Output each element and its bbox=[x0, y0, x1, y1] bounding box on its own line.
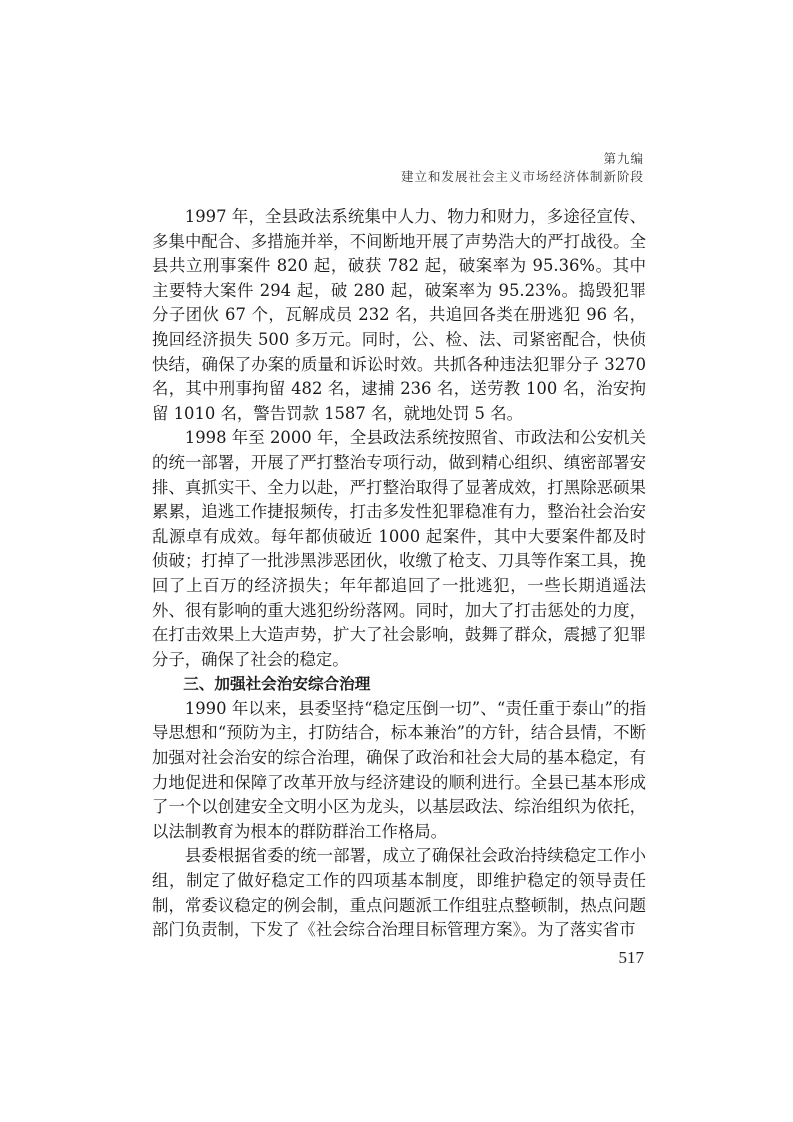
section-heading: 三、加强社会治安综合治理 bbox=[152, 672, 646, 697]
paragraph-stability-work-group: 县委根据省委的统一部署，成立了确保社会政治持续稳定工作小组，制定了做好稳定工作的… bbox=[152, 844, 646, 942]
running-head-part: 第九编 bbox=[401, 150, 644, 168]
running-head-title: 建立和发展社会主义市场经济体制新阶段 bbox=[401, 168, 644, 186]
paragraph-comprehensive-governance: 1990 年以来，县委坚持“稳定压倒一切”、“责任重于泰山”的指导思想和“预防为… bbox=[152, 697, 646, 845]
running-head: 第九编 建立和发展社会主义市场经济体制新阶段 bbox=[401, 150, 644, 186]
paragraph-1997-strike-campaign: 1997 年，全县政法系统集中人力、物力和财力，多途径宣传、多集中配合、多措施并… bbox=[152, 205, 646, 426]
page-number: 517 bbox=[619, 948, 645, 968]
paragraph-1998-2000-crackdown: 1998 年至 2000 年，全县政法系统按照省、市政法和公安机关的统一部署，开… bbox=[152, 426, 646, 672]
page-body: 1997 年，全县政法系统集中人力、物力和财力，多途径宣传、多集中配合、多措施并… bbox=[152, 205, 646, 943]
